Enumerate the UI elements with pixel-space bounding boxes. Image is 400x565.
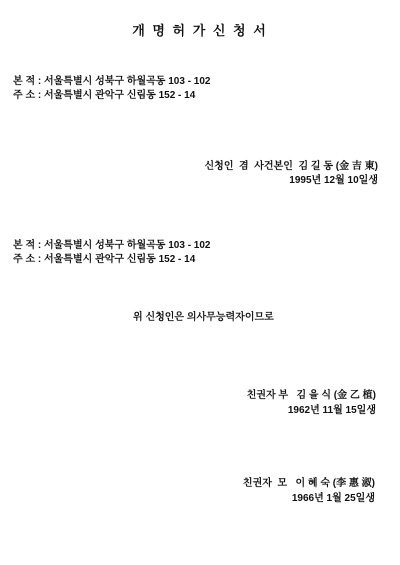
- mother-name-line: 친권자 모 이 혜 숙 (李 惠 淑): [243, 476, 375, 491]
- guardian-father-block: 친권자 부 김 을 식 (金 乙 植) 1962년 11월 15일생: [247, 388, 376, 418]
- document-page: 개 명 허 가 신 청 서 본 적 : 서울특별시 성북구 하월곡동 103 -…: [0, 0, 400, 565]
- father-name-line: 친권자 부 김 을 식 (金 乙 植): [247, 388, 376, 403]
- mother-birthdate: 1966년 1월 25일생: [243, 491, 375, 506]
- registry-top-bonjeok-line: 본 적 : 서울특별시 성북구 하월곡동 103 - 102: [13, 75, 211, 89]
- registry-bottom-bonjeok-line: 본 적 : 서울특별시 성북구 하월곡동 103 - 102: [13, 239, 211, 253]
- incompetency-statement: 위 신청인은 의사무능력자이므로: [133, 311, 274, 325]
- father-birthdate: 1962년 11월 15일생: [247, 403, 376, 418]
- guardian-mother-block: 친권자 모 이 혜 숙 (李 惠 淑) 1966년 1월 25일생: [243, 476, 375, 506]
- applicant-name-line: 신청인 겸 사건본인 김 길 동 (金 吉 東): [205, 160, 378, 174]
- applicant-birthdate: 1995년 12월 10일생: [205, 174, 378, 188]
- registry-top-juso-line: 주 소 : 서울특별시 관악구 신림동 152 - 14: [13, 89, 211, 103]
- registry-bottom-juso-line: 주 소 : 서울특별시 관악구 신림동 152 - 14: [13, 253, 211, 267]
- registry-block-bottom: 본 적 : 서울특별시 성북구 하월곡동 103 - 102 주 소 : 서울특…: [13, 239, 211, 267]
- registry-block-top: 본 적 : 서울특별시 성북구 하월곡동 103 - 102 주 소 : 서울특…: [13, 75, 211, 103]
- applicant-block: 신청인 겸 사건본인 김 길 동 (金 吉 東) 1995년 12월 10일생: [205, 160, 378, 188]
- document-title: 개 명 허 가 신 청 서: [0, 20, 400, 39]
